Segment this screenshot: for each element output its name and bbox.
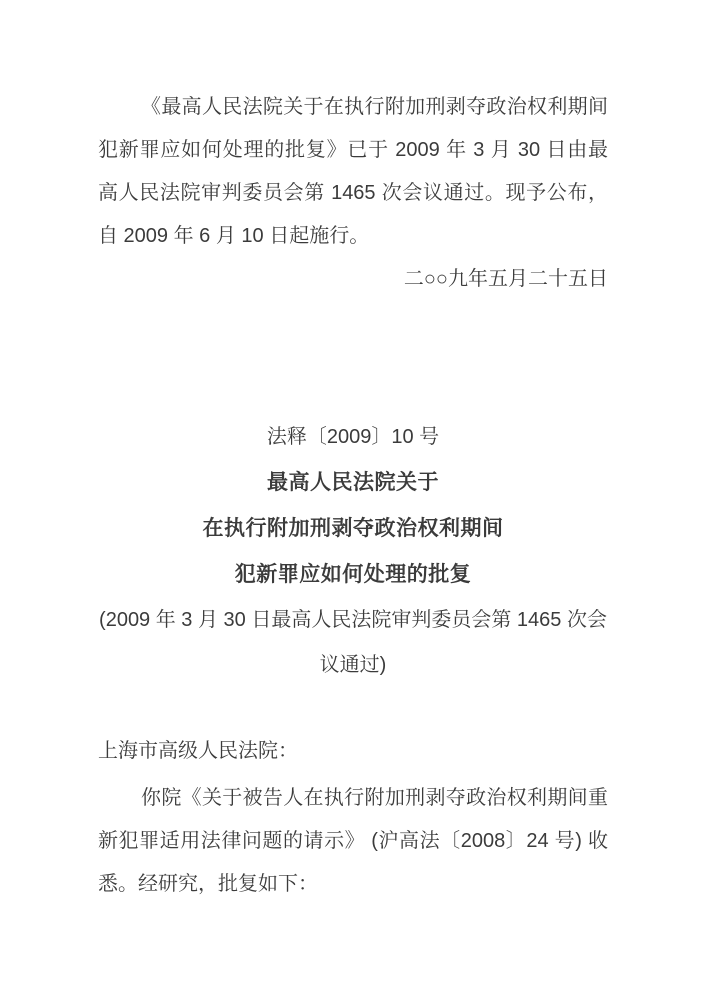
section-gap [98, 688, 608, 730]
document-number: 法释〔2009〕10 号 [98, 414, 608, 460]
document-title-line-2: 在执行附加刑剥夺政治权利期间 [98, 506, 608, 552]
document-title-line-1: 最高人民法院关于 [98, 460, 608, 506]
document-title-line-3: 犯新罪应如何处理的批复 [98, 552, 608, 598]
document-page: 《最高人民法院关于在执行附加刑剥夺政治权利期间犯新罪应如何处理的批复》已于 20… [0, 0, 707, 999]
reply-intro-paragraph: 你院《关于被告人在执行附加刑剥夺政治权利期间重新犯罪适用法律问题的请示》 (沪高… [98, 777, 608, 906]
addressee-line: 上海市高级人民法院： [98, 730, 608, 773]
announcement-date: 二○○九年五月二十五日 [98, 258, 608, 301]
adoption-note: (2009 年 3 月 30 日最高人民法院审判委员会第 1465 次会议通过) [98, 598, 608, 688]
announcement-paragraph: 《最高人民法院关于在执行附加刑剥夺政治权利期间犯新罪应如何处理的批复》已于 20… [98, 86, 608, 258]
section-gap [98, 301, 608, 414]
